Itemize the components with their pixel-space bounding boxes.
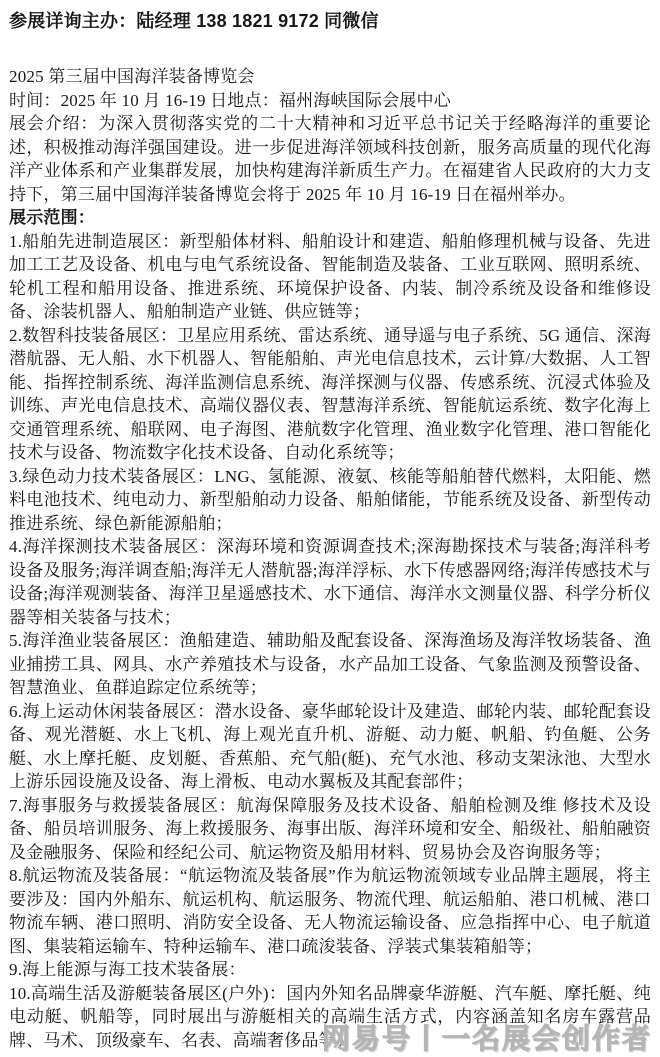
- section-6-marine-leisure: 6.海上运动休闲装备展区：潜水设备、豪华邮轮设计及建造、邮轮内装、邮轮配套设备、…: [9, 700, 651, 794]
- section-5-fishery-equipment: 5.海洋渔业装备展区：渔船建造、辅助船及配套设备、深海渔场及海洋牧场装备、渔业捕…: [9, 629, 651, 700]
- section-4-ocean-exploration: 4.海洋探测技术装备展区：深海环境和资源调查技术;深海勘探技术与装备;海洋科考设…: [9, 535, 651, 629]
- section-3-green-power: 3.绿色动力技术装备展区：LNG、氢能源、液氨、核能等船舶替代燃料，太阳能、燃料…: [9, 465, 651, 536]
- section-8-shipping-logistics: 8.航运物流及装备展：“航运物流及装备展”作为航运物流领域专业品牌主题展，将主要…: [9, 864, 651, 958]
- section-7-maritime-service-rescue: 7.海事服务与救援装备展区：航海保障服务及技术设备、船舶检测及维 修技术及设备、…: [9, 794, 651, 865]
- expo-title: 2025 第三届中国海洋装备博览会: [9, 65, 651, 89]
- datetime-location: 时间：2025 年 10 月 16-19 日地点：福州海峡国际会展中心: [9, 89, 651, 113]
- section-1-ship-manufacturing: 1.船舶先进制造展区：新型船体材料、船舶设计和建造、船舶修理机械与设备、先进加工…: [9, 230, 651, 324]
- section-10-luxury-yacht: 10.高端生活及游艇装备展区(户外)：国内外知名品牌豪华游艇、汽车艇、摩托艇、纯…: [9, 982, 651, 1053]
- section-2-digital-tech: 2.数智科技装备展区：卫星应用系统、雷达系统、通导遥与电子系统、5G 通信、深海…: [9, 324, 651, 465]
- document-page: 参展详询主办：陆经理 138 1821 9172 同微信 2025 第三届中国海…: [0, 0, 660, 1052]
- section-9-offshore-energy: 9.海上能源与海工技术装备展：: [9, 958, 651, 982]
- contact-header: 参展详询主办：陆经理 138 1821 9172 同微信: [9, 9, 651, 33]
- scope-heading: 展示范围：: [9, 206, 651, 230]
- expo-intro: 展会介绍：为深入贯彻落实党的二十大精神和习近平总书记关于经略海洋的重要论述，积极…: [9, 112, 651, 206]
